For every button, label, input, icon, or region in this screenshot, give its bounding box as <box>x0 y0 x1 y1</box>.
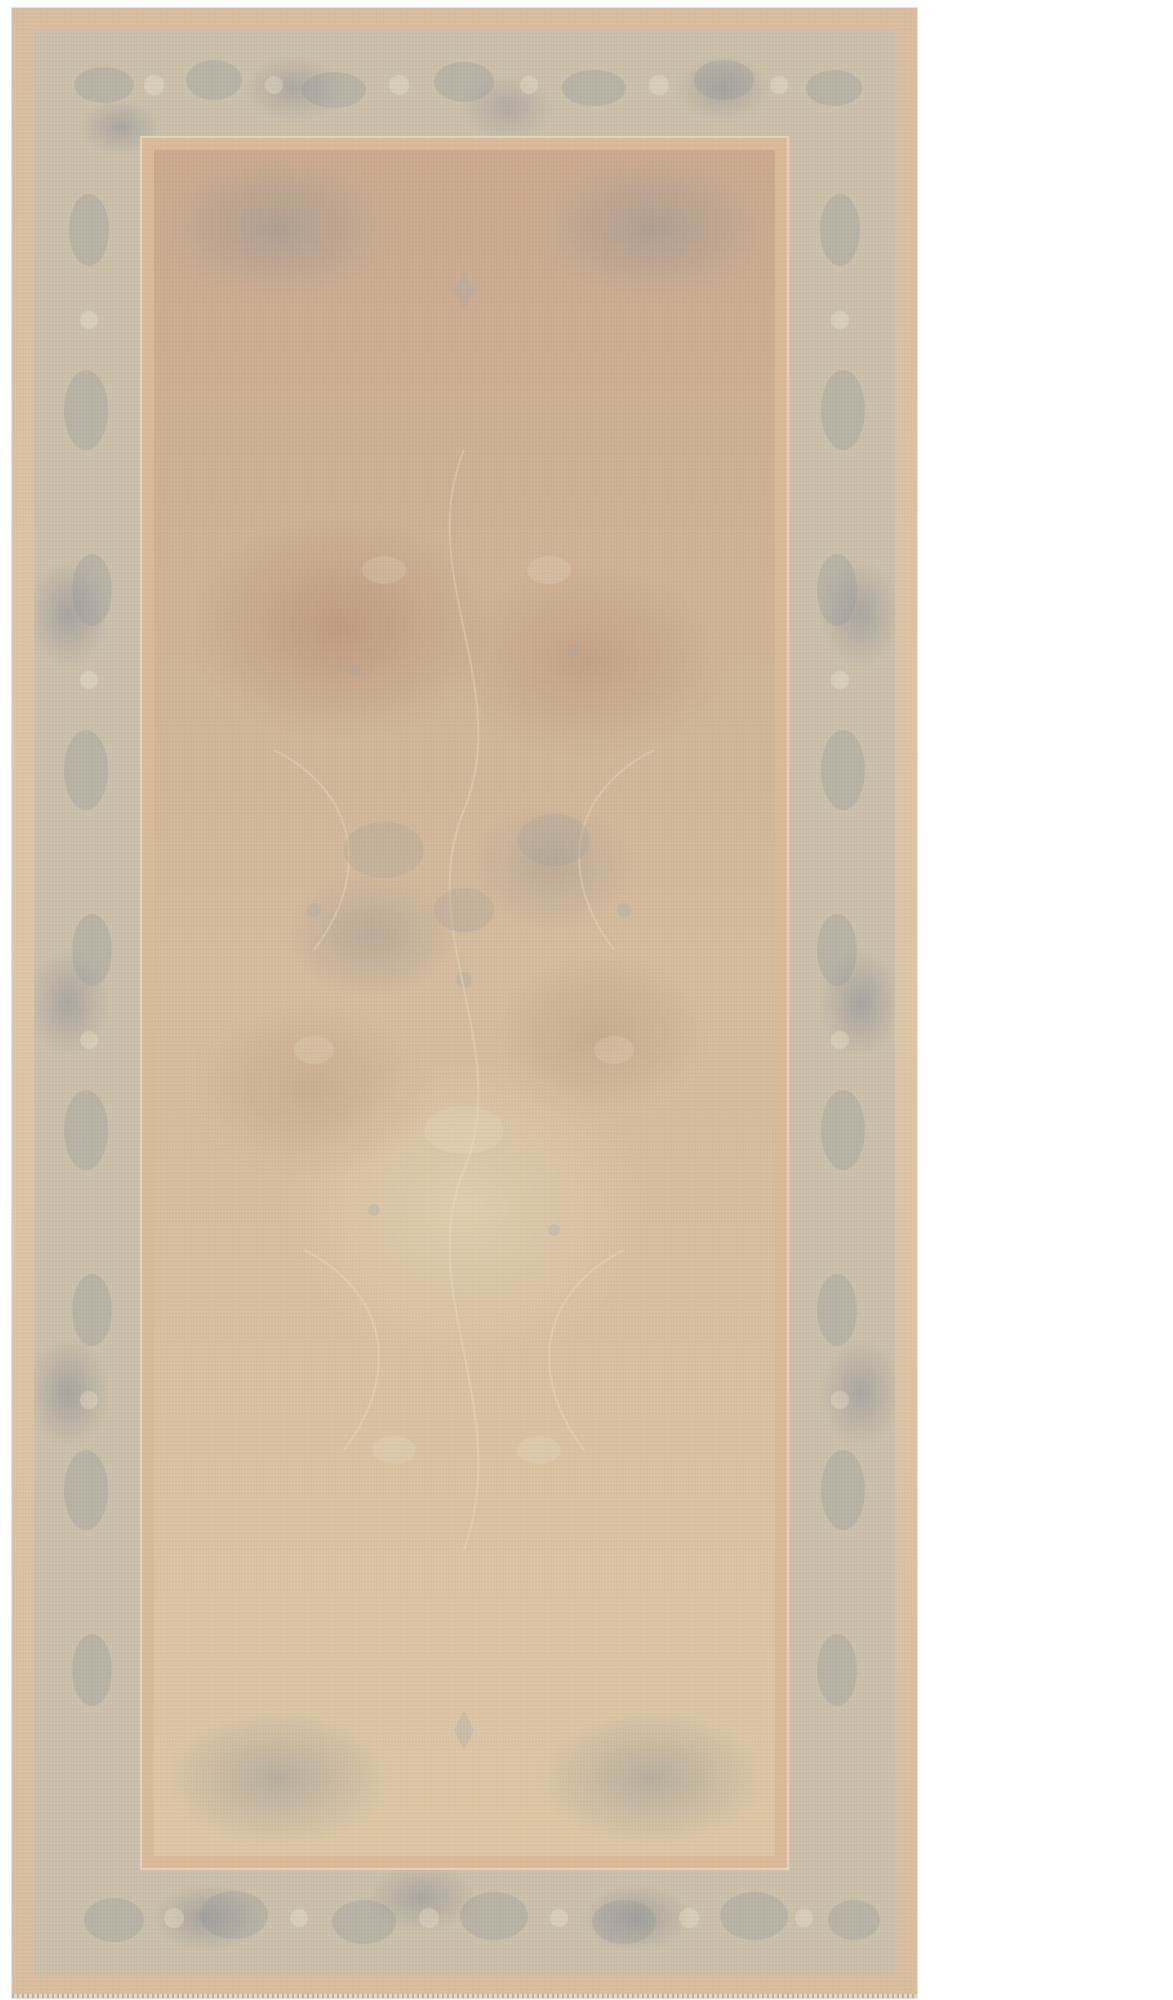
field-floral-motifs <box>154 150 775 1856</box>
rug-bottom-edge <box>12 1994 917 1998</box>
rug <box>12 8 917 1998</box>
photo-canvas <box>0 0 1173 2000</box>
